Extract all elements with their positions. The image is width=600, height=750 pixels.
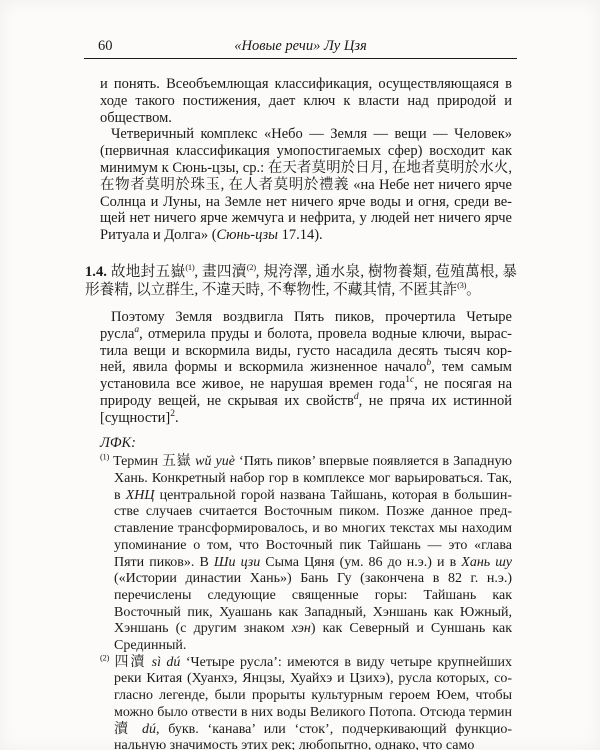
page-header: 60 «Новые речи» Лу Цзя: [84, 38, 517, 59]
footnote-2: (2) 四瀆 sì dú ‘Четыре русла’: имеются в в…: [100, 655, 512, 750]
section-1-4-chinese-passage: 1.4. 故地封五嶽(1), 畫四瀆(2), 規洿澤, 通水泉, 樹物養類, 苞…: [85, 263, 517, 300]
paragraph-translation: Поэтому Земля воздвигла Пять пиков, проч…: [100, 309, 512, 427]
footnote-1: (1) Термин 五嶽 wǔ yuè ‘Пять пиков’ впервы…: [100, 454, 512, 654]
running-title: «Новые речи» Лу Цзя: [234, 38, 366, 54]
commentary-label: ЛФК:: [100, 435, 512, 452]
paragraph-intro: и понять. Всеобъемлющая классификация, о…: [100, 76, 512, 126]
book-page: 60 «Новые речи» Лу Цзя и понять. Всеобъе…: [0, 0, 600, 750]
page-body: и понять. Всеобъемлющая классификация, о…: [100, 76, 512, 750]
paragraph-tetrad: Четверичный комплекс «Небо — Земля — вещ…: [100, 126, 512, 244]
page-number: 60: [98, 38, 113, 54]
